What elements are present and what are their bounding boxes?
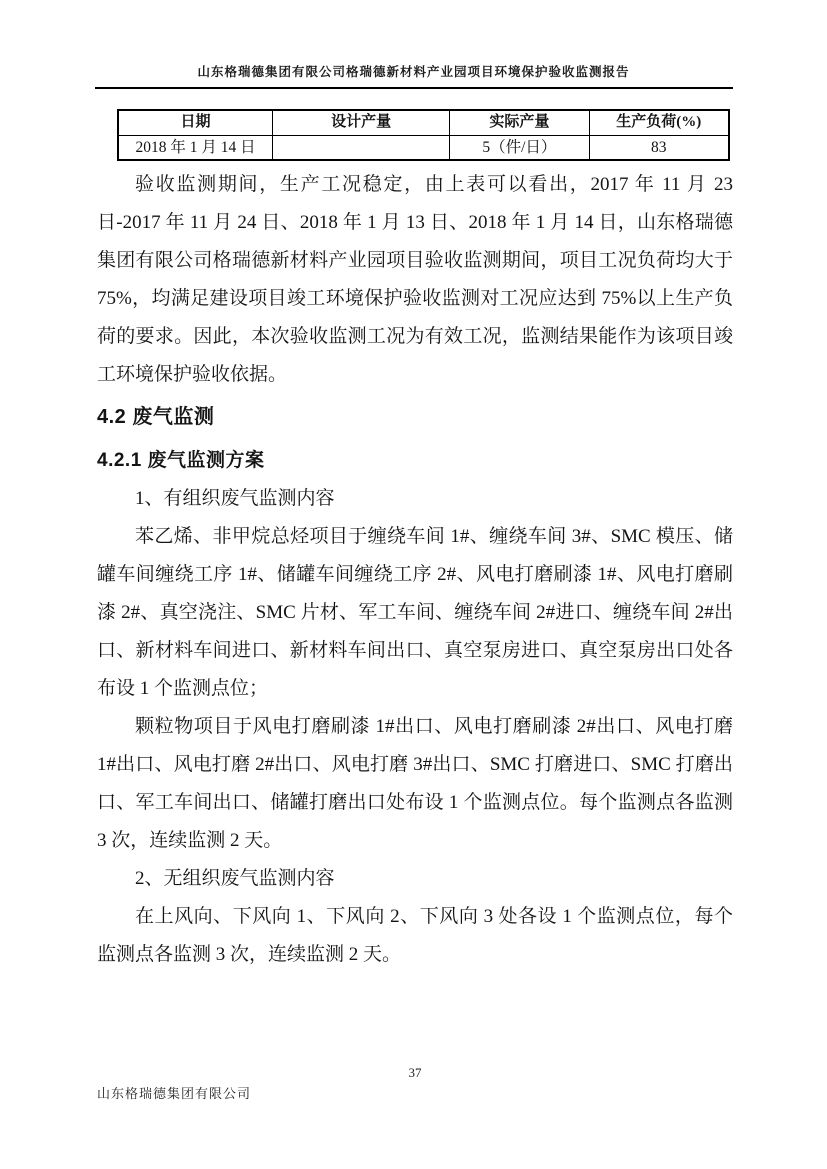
paragraph-workload-conclusion: 验收监测期间，生产工况稳定，由上表可以看出，2017 年 11 月 23 日-2… — [97, 166, 733, 394]
document-page: 山东格瑞德集团有限公司格瑞德新材料产业园项目环境保护验收监测报告 日期 设计产量… — [0, 0, 827, 1169]
table-row: 2018 年 1 月 14 日 5（件/日） 83 — [118, 135, 729, 160]
header-rule — [95, 87, 733, 89]
cell-actual-output: 5（件/日） — [450, 135, 589, 160]
page-number: 37 — [97, 1065, 733, 1081]
cell-date: 2018 年 1 月 14 日 — [118, 135, 273, 160]
table-header-production-load: 生产负荷(%) — [589, 110, 729, 135]
table-header-row: 日期 设计产量 实际产量 生产负荷(%) — [118, 110, 729, 135]
cell-design-output — [273, 135, 450, 160]
heading-4-2-waste-gas-monitoring: 4.2 废气监测 — [97, 400, 733, 434]
table-header-design-output: 设计产量 — [273, 110, 450, 135]
production-load-table: 日期 设计产量 实际产量 生产负荷(%) 2018 年 1 月 14 日 5（件… — [117, 109, 730, 161]
paragraph-organized-monitoring-points: 苯乙烯、非甲烷总烃项目于缠绕车间 1#、缠绕车间 3#、SMC 模压、储罐车间缠… — [97, 518, 733, 708]
heading-4-2-1-monitoring-plan: 4.2.1 废气监测方案 — [97, 444, 733, 478]
paragraph-particulate-monitoring-points: 颗粒物项目于风电打磨刷漆 1#出口、风电打磨刷漆 2#出口、风电打磨 1#出口、… — [97, 708, 733, 860]
cell-production-load: 83 — [589, 135, 729, 160]
list-item-organized-monitoring: 1、有组织废气监测内容 — [97, 480, 733, 518]
footer-company-name: 山东格瑞德集团有限公司 — [97, 1083, 251, 1102]
paragraph-unorganized-monitoring-points: 在上风向、下风向 1、下风向 2、下风向 3 处各设 1 个监测点位，每个监测点… — [97, 898, 733, 974]
document-body: 验收监测期间，生产工况稳定，由上表可以看出，2017 年 11 月 23 日-2… — [97, 158, 733, 974]
running-header-title: 山东格瑞德集团有限公司格瑞德新材料产业园项目环境保护验收监测报告 — [0, 62, 827, 80]
table-header-date: 日期 — [118, 110, 273, 135]
list-item-unorganized-monitoring: 2、无组织废气监测内容 — [97, 860, 733, 898]
table-header-actual-output: 实际产量 — [450, 110, 589, 135]
